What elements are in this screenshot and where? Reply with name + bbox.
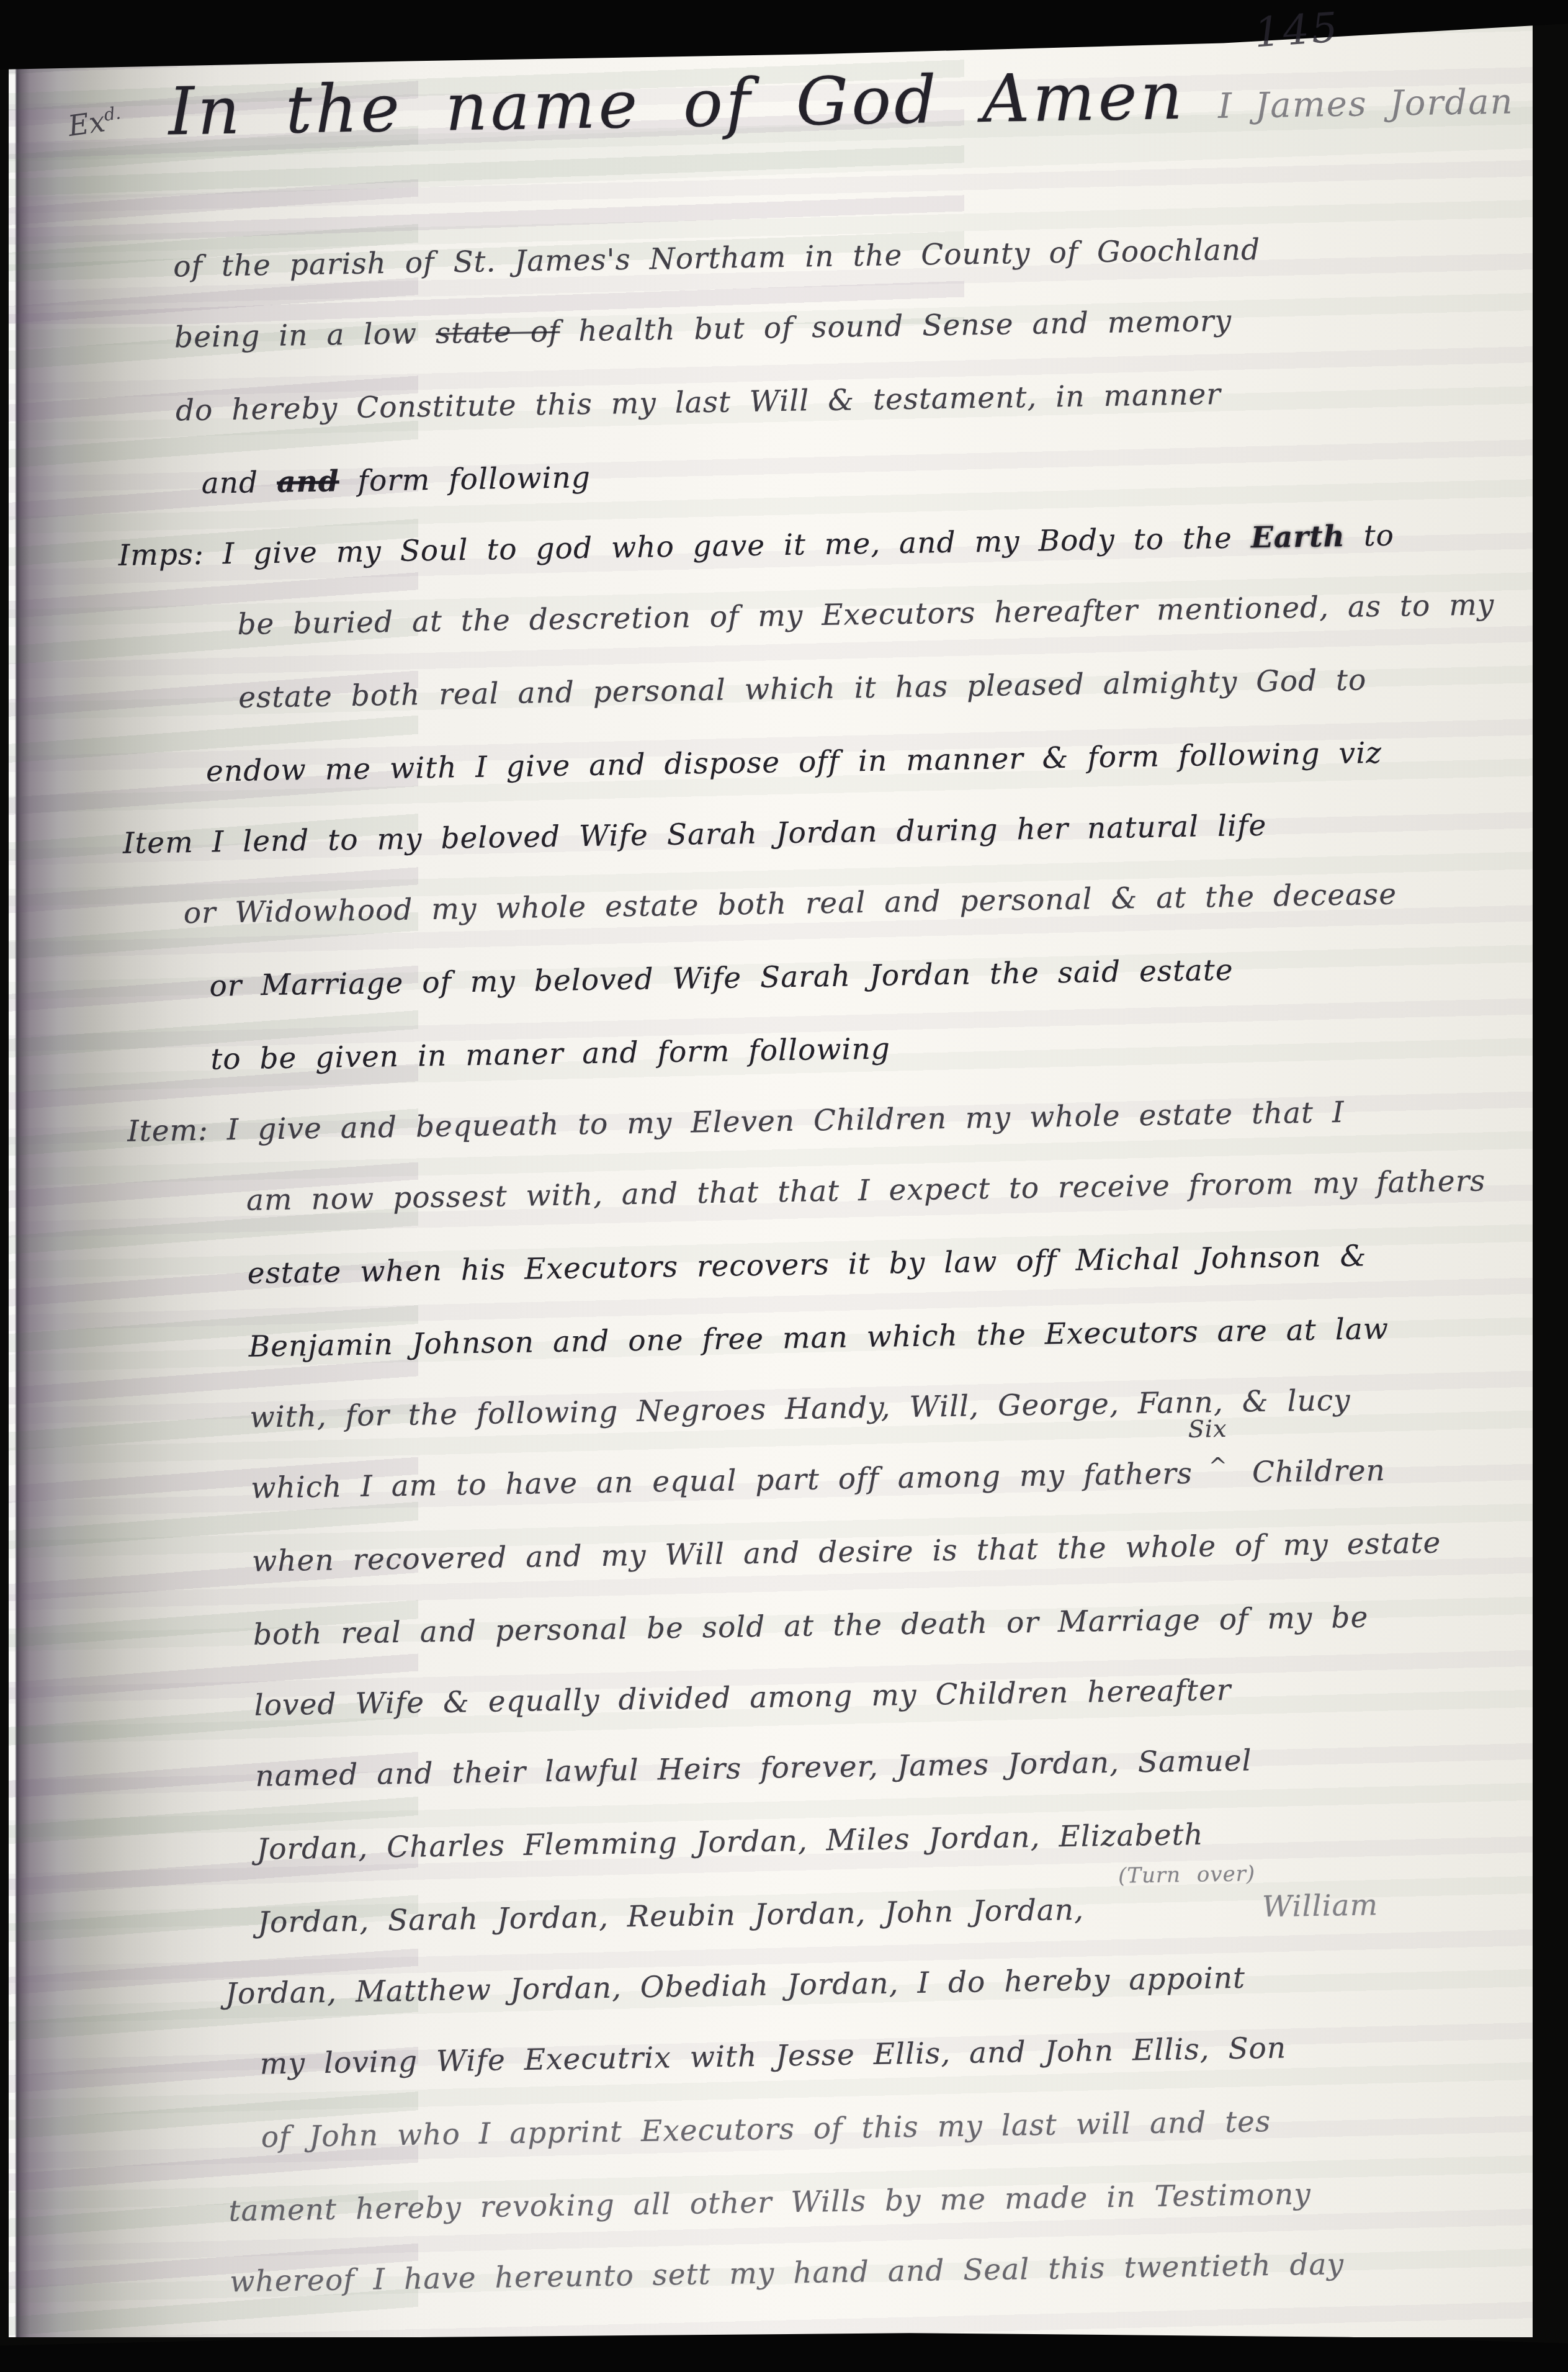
ink-blot-word: Earth [1250,519,1345,555]
caret-icon: ^ [1208,1455,1228,1478]
heading-testator-name: I James Jordan [1217,81,1514,126]
struck-word: and [277,464,339,500]
will-heading: In the name of God Amen I James Jordan [168,52,1514,150]
inserted-word: Six [1188,1417,1227,1441]
insertion-mark: Six^ [1193,1476,1252,1483]
examined-mark-superscript: d. [102,102,122,125]
struck-words: state of [436,315,560,351]
page-number: 145 [1253,3,1342,56]
will-body: of the parish of St. James's Northam in … [0,211,1506,2322]
turn-over-note: (Turn over) [1118,1863,1256,1886]
faint-word: William [1262,1888,1379,1924]
heading-opening: In the name of God Amen [168,58,1186,150]
scanned-will-page: 145 Exd. In the name of God Amen I James… [0,0,1568,2372]
handwriting-layer: 145 Exd. In the name of God Amen I James… [0,0,1568,2372]
examined-mark: Exd. [66,102,123,143]
